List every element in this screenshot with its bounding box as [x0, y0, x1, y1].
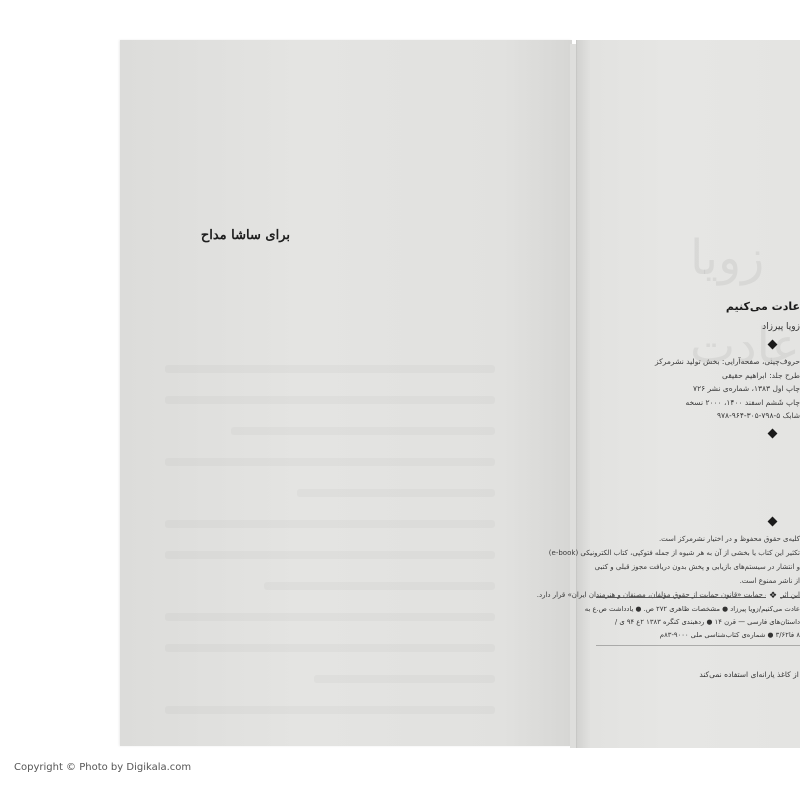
catalog-line: داستان‌های فارسی — قرن ۱۴ ● ردهبندی کنگر…: [585, 616, 800, 629]
credit-line-sixth-printing: چاپ شَشم اسفند ۱۴۰۰، ۲۰۰۰ نسخه: [655, 396, 800, 410]
dedication-text: برای ساشا مداح: [190, 228, 290, 243]
credit-line-first-edition: چاپ اول ۱۳۸۳، شماره‌ی نشر ۷۲۶: [655, 382, 800, 396]
book-author: زویا پیرزاد: [762, 322, 800, 332]
credit-line-cover: طرح جلد: ابراهیم حقیقی: [655, 369, 800, 383]
catalog-line: ۸ فا۳/۶۲ ● شماره‌ی کتاب‌شناسی ملی ۹۰۰۰-۸…: [585, 629, 800, 642]
show-through-text: [165, 365, 495, 737]
rights-line: تکثیر این کتاب یا بخشی از آن به هر شیوه …: [537, 546, 800, 560]
credit-line-typesetting: حروف‌چینی، صفحه‌آرایی: بخش تولید نشرمرکز: [655, 355, 800, 369]
catalog-line: عادت می‌کنیم/زویا پیرزاد ● مشخصات ظاهری …: [585, 603, 800, 616]
divider-rule: [596, 645, 800, 646]
show-through-cover-text: زویا: [690, 230, 764, 286]
open-book-photo: برای ساشا مداح زویا عادت عادت می‌کنیم زو…: [0, 0, 800, 800]
book-title: عادت می‌کنیم: [726, 300, 800, 313]
photo-copyright: Copyright © Photo by Digikala.com: [14, 762, 191, 773]
rights-line: و انتشار در سیستم‌های بازیابی و پخش بدون…: [537, 560, 800, 574]
rights-line: کلیه‌ی حقوق محفوظ و در اختیار نشرمرکز اس…: [537, 532, 800, 546]
ornament-icon: ❖: [766, 591, 780, 601]
rights-notice: کلیه‌ی حقوق محفوظ و در اختیار نشرمرکز اس…: [537, 532, 800, 602]
rights-line: این اثر تحت حمایت «قانون حمایت از حقوق م…: [537, 588, 800, 602]
catalog-info: عادت می‌کنیم/زویا پیرزاد ● مشخصات ظاهری …: [585, 603, 800, 642]
left-page: [120, 40, 572, 746]
credits-block: حروف‌چینی، صفحه‌آرایی: بخش تولید نشرمرکز…: [655, 355, 800, 423]
paper-note: نشرمرکز از کاغذ یارانه‌ای استفاده نمی‌کن…: [699, 670, 800, 679]
credit-line-isbn: شابک ۵-۷۹۸-۳۰۵-۹۶۴-۹۷۸: [655, 409, 800, 423]
rights-line: از ناشر ممنوع است.: [537, 574, 800, 588]
